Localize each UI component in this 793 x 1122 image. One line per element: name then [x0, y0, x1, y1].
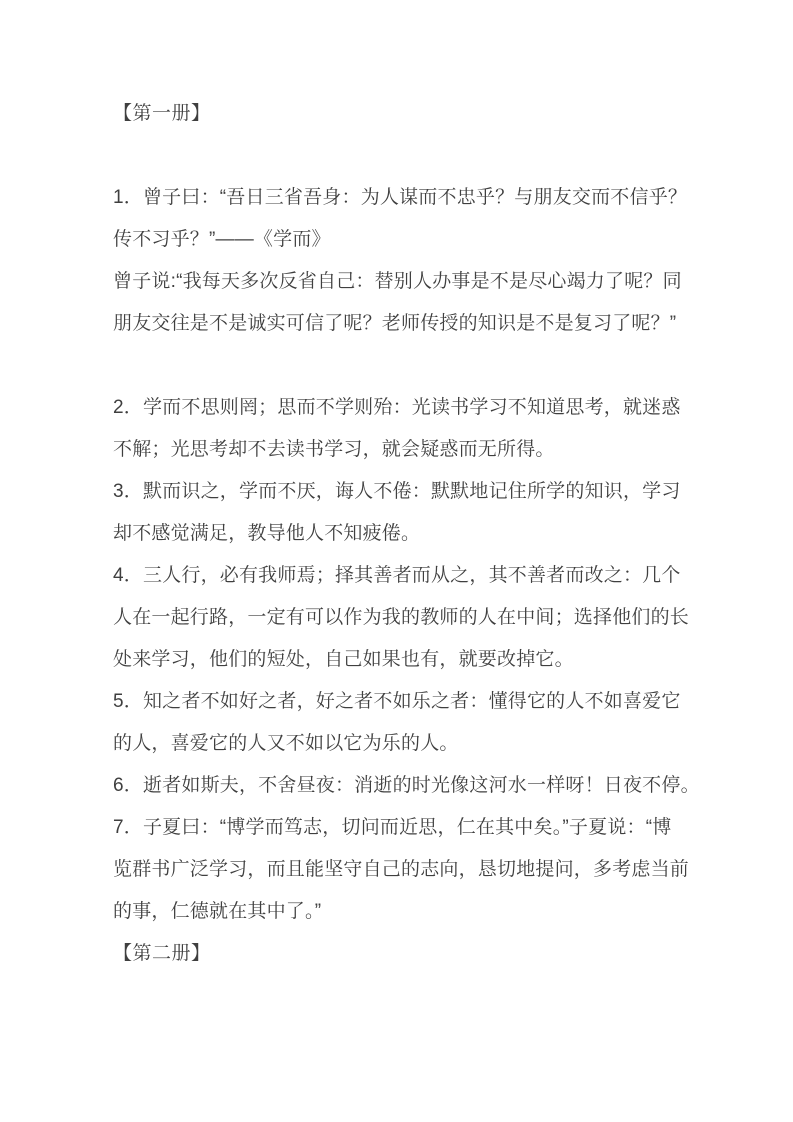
text-line: 朋友交往是不是诚实可信了呢？老师传授的知识是不是复习了呢？” — [113, 303, 695, 345]
item-4: 4．三人行，必有我师焉；择其善者而从之，其不善者而改之：几个 人在一起行路，一定… — [113, 555, 695, 681]
item-1-quote-original: 1．曾子曰：“吾日三省吾身：为人谋而不忠乎？与朋友交而不信乎？ 传不习乎？”——… — [113, 177, 695, 261]
text-line: 4．三人行，必有我师焉；择其善者而从之，其不善者而改之：几个 — [113, 555, 695, 597]
item-2: 2．学而不思则罔；思而不学则殆：光读书学习不知道思考，就迷惑 不解；光思考却不去… — [113, 387, 695, 471]
item-3: 3．默而识之，学而不厌，诲人不倦：默默地记住所学的知识，学习 却不感觉满足，教导… — [113, 471, 695, 555]
text-line: 的人，喜爱它的人又不如以它为乐的人。 — [113, 723, 695, 765]
heading-volume-2-text: 【第二册】 — [113, 933, 695, 975]
text-line: 传不习乎？”——《学而》 — [113, 219, 695, 261]
text-line: 6．逝者如斯夫，不舍昼夜：消逝的时光像这河水一样呀！日夜不停。 — [113, 765, 695, 807]
text-line: 曾子说:“我每天多次反省自己：替别人办事是不是尽心竭力了呢？同 — [113, 261, 695, 303]
text-line: 处来学习，他们的短处，自己如果也有，就要改掉它。 — [113, 639, 695, 681]
text-line: 3．默而识之，学而不厌，诲人不倦：默默地记住所学的知识，学习 — [113, 471, 695, 513]
text-line: 不解；光思考却不去读书学习，就会疑惑而无所得。 — [113, 429, 695, 471]
item-1-translation: 曾子说:“我每天多次反省自己：替别人办事是不是尽心竭力了呢？同 朋友交往是不是诚… — [113, 261, 695, 345]
document-page: 【第一册】 1．曾子曰：“吾日三省吾身：为人谋而不忠乎？与朋友交而不信乎？ 传不… — [0, 0, 793, 1122]
text-line: 2．学而不思则罔；思而不学则殆：光读书学习不知道思考，就迷惑 — [113, 387, 695, 429]
item-7: 7．子夏曰：“博学而笃志，切问而近思，仁在其中矣。”子夏说：“博 览群书广泛学习… — [113, 807, 695, 933]
text-line: 人在一起行路，一定有可以作为我的教师的人在中间；选择他们的长 — [113, 597, 695, 639]
text-line: 却不感觉满足，教导他人不知疲倦。 — [113, 513, 695, 555]
text-line: 7．子夏曰：“博学而笃志，切问而近思，仁在其中矣。”子夏说：“博 — [113, 807, 695, 849]
text-line: 的事，仁德就在其中了。” — [113, 891, 695, 933]
item-6: 6．逝者如斯夫，不舍昼夜：消逝的时光像这河水一样呀！日夜不停。 — [113, 765, 695, 807]
heading-volume-1-text: 【第一册】 — [113, 93, 695, 135]
item-5: 5．知之者不如好之者，好之者不如乐之者：懂得它的人不如喜爱它 的人，喜爱它的人又… — [113, 681, 695, 765]
text-line: 览群书广泛学习，而且能坚守自己的志向，恳切地提问，多考虑当前 — [113, 849, 695, 891]
heading-volume-2: 【第二册】 — [113, 933, 695, 975]
text-line: 5．知之者不如好之者，好之者不如乐之者：懂得它的人不如喜爱它 — [113, 681, 695, 723]
heading-volume-1: 【第一册】 — [113, 93, 695, 135]
text-line: 1．曾子曰：“吾日三省吾身：为人谋而不忠乎？与朋友交而不信乎？ — [113, 177, 695, 219]
